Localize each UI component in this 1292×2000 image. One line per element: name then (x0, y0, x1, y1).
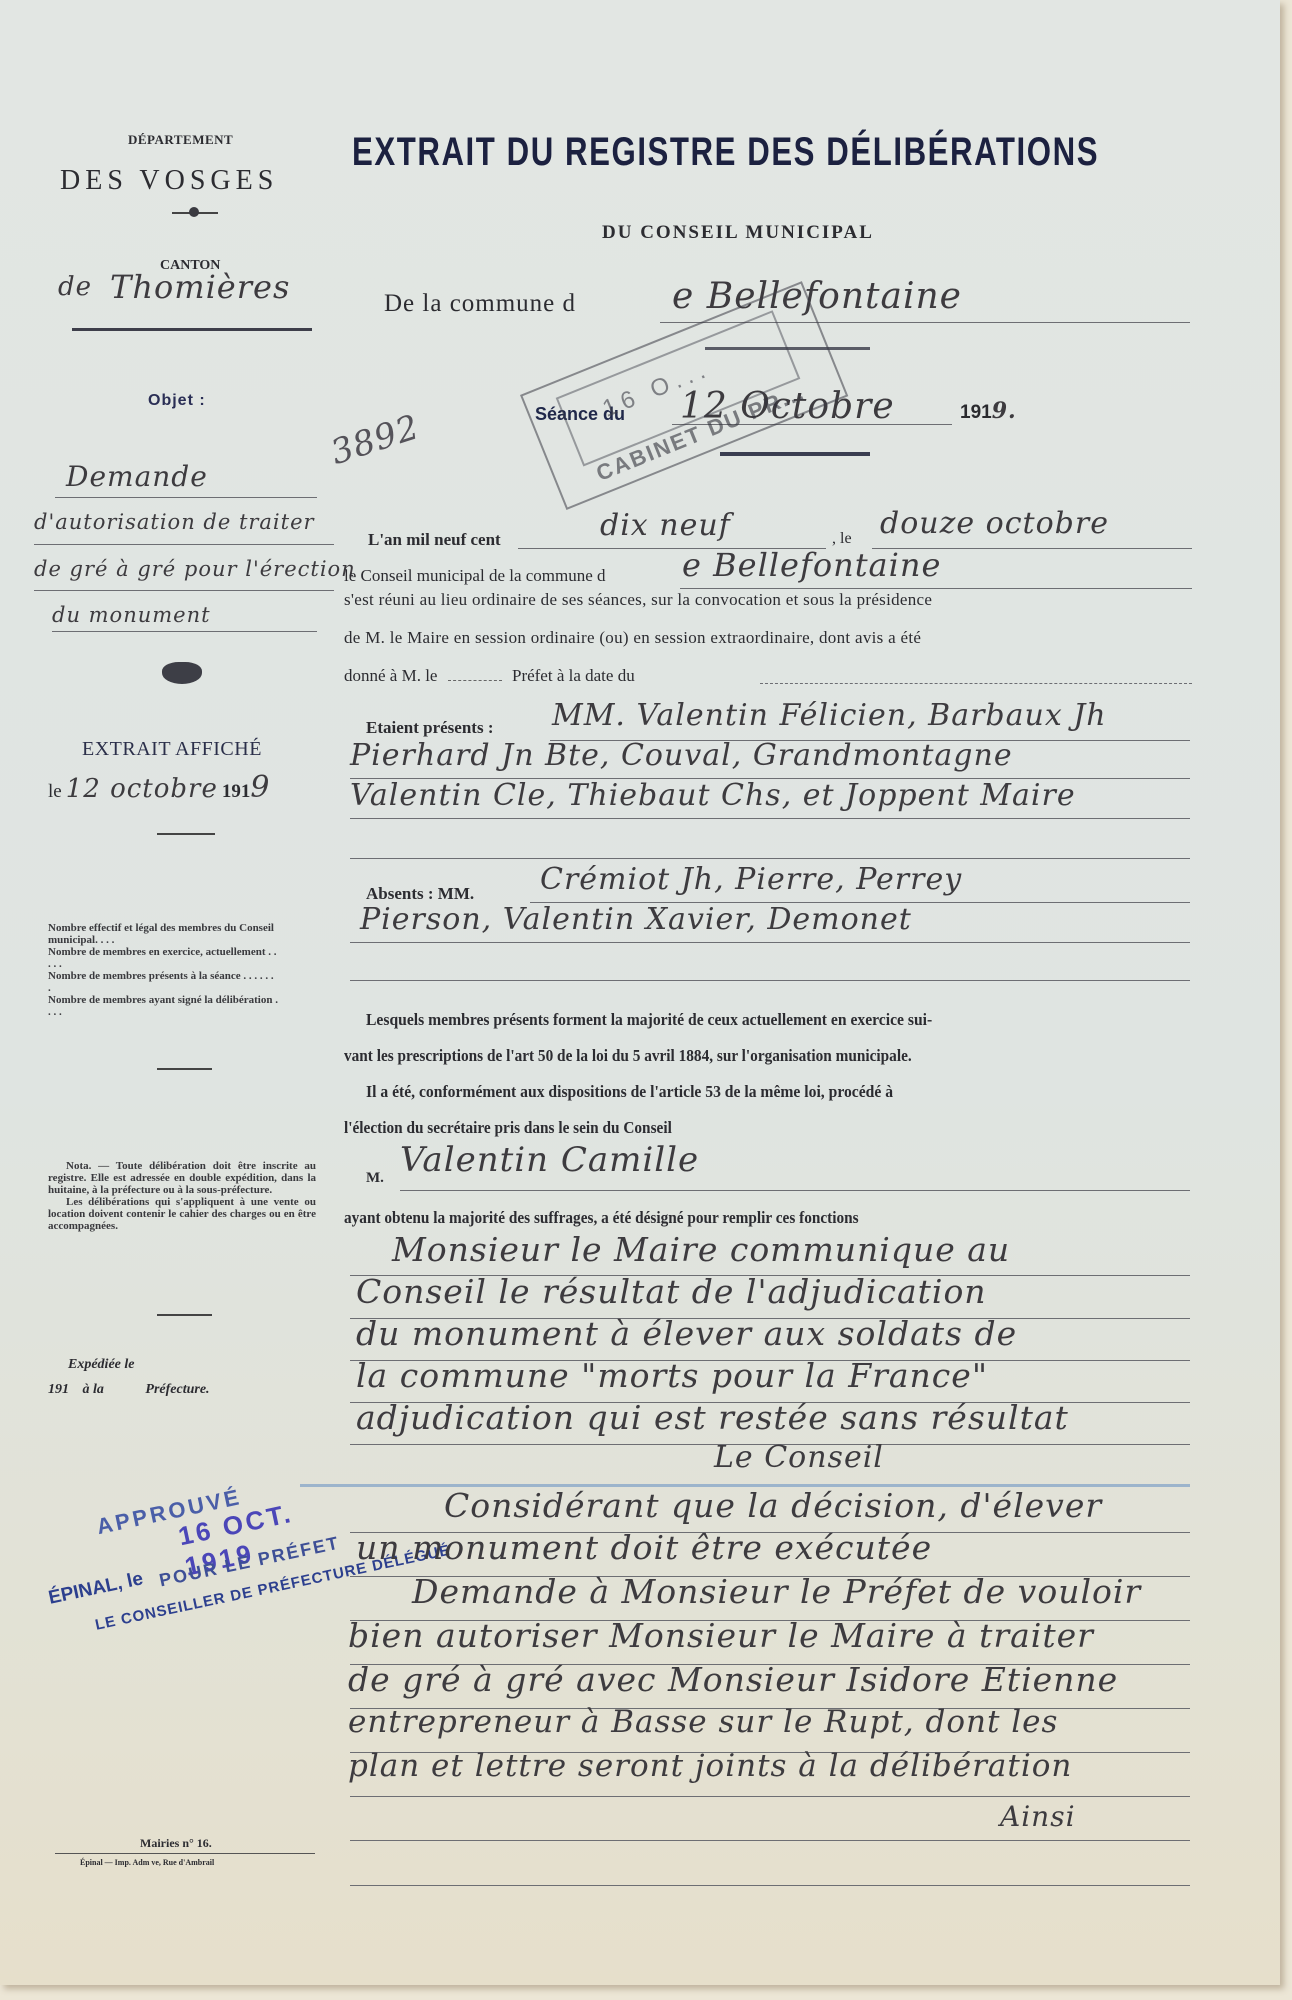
objet-line-2: d'autorisation de traiter (34, 510, 315, 534)
council-underline (680, 588, 1192, 589)
deliberation-line-2: Conseil le résultat de l'adjudication (356, 1272, 987, 1311)
absents-line-1: Crémiot Jh, Pierre, Perrey (540, 862, 962, 897)
deliberation-line-14: Ainsi (1000, 1800, 1076, 1833)
canton-underline (72, 328, 312, 331)
deliberation-line-1: Monsieur le Maire communique au (392, 1230, 1010, 1269)
deliberation-line-12: entrepreneur à Basse sur le Rupt, dont l… (348, 1704, 1058, 1740)
objet-rule-3 (34, 590, 334, 591)
objet-rule-2 (34, 544, 334, 545)
expedie-a-la: à la (83, 1382, 104, 1397)
prefet-date-blank (760, 683, 1192, 684)
approval-stamp: APPROUVÉ 16 OCT. 1919 ÉPINAL, le POUR LE… (30, 1441, 394, 1705)
deliberation-line-9: Demande à Monsieur le Préfet de vouloir (412, 1572, 1141, 1611)
presents-line-2: Pierhard Jn Bte, Couval, Grandmontagne (350, 738, 1013, 773)
deliberation-line-10: bien autoriser Monsieur le Maire à trait… (348, 1616, 1094, 1655)
deliberation-line-11: de gré à gré avec Monsieur Isidore Etien… (348, 1660, 1118, 1699)
expedie-label: Expédiée le (68, 1357, 134, 1373)
presents-line-1: MM. Valentin Félicien, Barbaux Jh (552, 698, 1107, 733)
paragraph-1-line-1: s'est réuni au lieu ordinaire de ses séa… (344, 590, 932, 610)
deliberation-rule-13 (350, 1796, 1190, 1797)
deliberation-line-13: plan et lettre seront joints à la délibé… (348, 1748, 1072, 1784)
nota-block: Nota. — Toute délibération doit être ins… (48, 1160, 316, 1232)
seance-divider (720, 452, 870, 456)
member-counts: Nombre effectif et légal des membres du … (48, 922, 278, 1018)
deliberation-rule-14 (350, 1840, 1190, 1841)
secretary-underline (400, 1190, 1190, 1191)
absents-label: Absents : MM. (366, 884, 474, 904)
objet-label: Objet : (148, 392, 206, 410)
deliberation-line-5: adjudication qui est restée sans résulta… (356, 1398, 1069, 1437)
expedie-line-2: 191 à la Préfecture. (48, 1382, 210, 1398)
member-count-effectif: Nombre effectif et légal des membres du … (48, 922, 278, 946)
absents-line-2: Pierson, Valentin Xavier, Demonet (360, 902, 912, 937)
intro-date: douze octobre (880, 506, 1109, 541)
presents-line-3: Valentin Cle, Thiebaut Chs, et Joppent M… (350, 778, 1076, 813)
council-value: e Bellefontaine (682, 546, 941, 584)
paragraph-3-line-2: l'élection du secrétaire pris dans le se… (344, 1118, 672, 1138)
deliberation-line-8: un monument doit être exécutée (356, 1528, 932, 1567)
extrait-affiche-year-prefix: 191 (222, 781, 251, 802)
intro-year: dix neuf (600, 508, 731, 543)
seance-year-prefix: 191 (960, 402, 992, 423)
document-page: DÉPARTEMENT DES VOSGES CANTON de Thomièr… (0, 0, 1280, 1985)
margin-registry-number: 3892 (326, 407, 424, 473)
deliberation-line-4: la commune "morts pour la France" (356, 1356, 988, 1395)
secretary-value: Valentin Camille (400, 1140, 699, 1180)
department-name: DES VOSGES (60, 165, 278, 197)
ornament-dot-icon (189, 207, 199, 217)
paragraph-1-line-3-a: donné à M. le (344, 666, 437, 685)
presents-rule-3 (350, 818, 1190, 819)
seance-year-suffix: 9. (992, 398, 1017, 424)
extrait-affiche-date: le 12 octobre 1919 (48, 770, 270, 805)
prefet-blank (448, 680, 502, 681)
extrait-affiche-label: EXTRAIT AFFICHÉ (82, 738, 262, 761)
extrait-affiche-prefix: le (48, 781, 62, 802)
paragraph-1-line-3: donné à M. le Préfet à la date du (344, 666, 635, 686)
secretary-label: M. (366, 1170, 384, 1187)
paragraph-1-line-3-b: Préfet à la date du (512, 666, 635, 685)
absents-rule-3 (350, 980, 1190, 981)
paragraph-2-line-2: vant les prescriptions de l'art 50 de la… (344, 1046, 912, 1066)
form-number: Mairies n° 16. (140, 1836, 212, 1851)
member-count-exercice: Nombre de membres en exercice, actuellem… (48, 946, 278, 970)
seance-year: 1919. (960, 398, 1017, 424)
objet-line-3: de gré à gré pour l'érection (34, 557, 356, 581)
expedie-prefecture: Préfecture. (145, 1382, 209, 1397)
page-subtitle: DU CONSEIL MUNICIPAL (602, 222, 874, 244)
member-count-signataires: Nombre de membres ayant signé la délibér… (48, 994, 278, 1018)
intro-label: L'an mil neuf cent (368, 530, 501, 550)
nota-title: Nota. — (66, 1160, 109, 1172)
deliberation-line-7: Considérant que la décision, d'élever (444, 1486, 1102, 1525)
paragraph-4: ayant obtenu la majorité des suffrages, … (344, 1208, 859, 1228)
expedie-year: 191 (48, 1382, 69, 1397)
presents-rule-4 (350, 858, 1190, 859)
extrait-divider (157, 833, 215, 835)
extrait-affiche-year-suffix: 9 (250, 770, 270, 805)
canton-prefix: de (58, 272, 92, 302)
department-label: DÉPARTEMENT (128, 132, 233, 148)
printer-imprint: Épinal — Imp. Adm ve, Rue d'Ambrail (80, 1858, 214, 1867)
nota-text-2: Les délibérations qui s'appliquent à une… (48, 1196, 316, 1232)
objet-line-1: Demande (66, 460, 208, 493)
nota-divider (157, 1314, 212, 1316)
canton-value: Thomières (110, 268, 290, 306)
paragraph-3-line-1: Il a été, conformément aux dispositions … (366, 1082, 893, 1102)
absents-rule-2 (350, 942, 1190, 943)
footer-rule (55, 1853, 315, 1854)
commune-label: De la commune d (384, 290, 576, 318)
objet-rule-4 (52, 631, 317, 632)
deliberation-line-3: du monument à élever aux soldats de (356, 1314, 1017, 1353)
page-title: EXTRAIT DU REGISTRE DES DÉLIBÉRATIONS (352, 130, 1099, 175)
objet-rule-1 (55, 497, 317, 498)
paragraph-1-line-2: de M. le Maire en session ordinaire (ou)… (344, 628, 921, 648)
deliberation-rule-15 (350, 1885, 1190, 1886)
ornament-fleuron-icon (162, 662, 202, 684)
extrait-affiche-date-value: 12 octobre (66, 774, 218, 804)
paragraph-2-line-1: Lesquels membres présents forment la maj… (366, 1010, 932, 1030)
member-count-presents: Nombre de membres présents à la séance .… (48, 970, 278, 994)
member-divider (157, 1068, 212, 1070)
council-label: le Conseil municipal de la commune d (344, 566, 606, 586)
presents-label: Etaient présents : (366, 718, 493, 738)
approval-stamp-place: ÉPINAL, le (47, 1568, 146, 1609)
commune-value: e Bellefontaine (672, 276, 962, 317)
deliberation-line-6: Le Conseil (714, 1440, 884, 1475)
objet-line-4: du monument (52, 603, 211, 627)
